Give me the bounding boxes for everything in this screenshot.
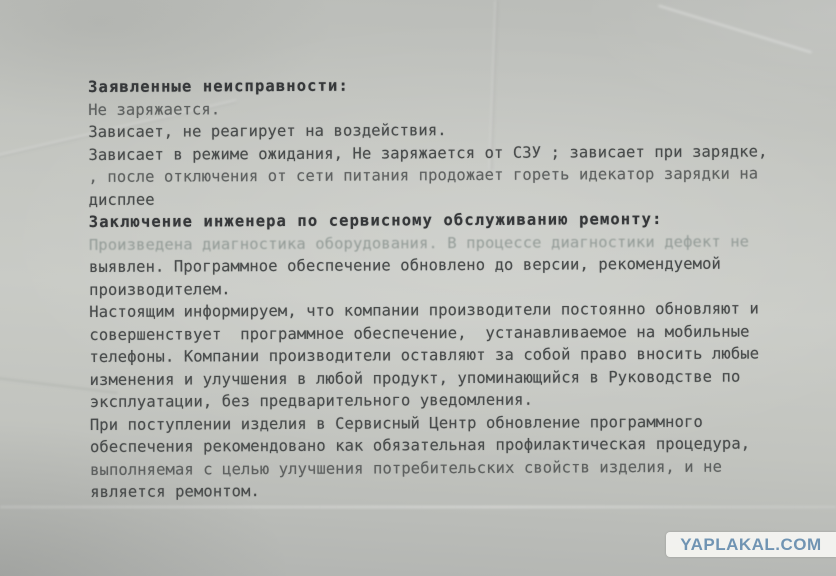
report-line: выполняемая с целью улучшения потребител… xyxy=(90,455,790,481)
report-line: является ремонтом. xyxy=(90,477,790,503)
service-report-text: Заявленные неисправности: Не заряжается.… xyxy=(88,72,790,503)
document-photo: Заявленные неисправности: Не заряжается.… xyxy=(0,0,836,576)
report-line: , после отключения от сети питания продо… xyxy=(88,162,788,188)
report-line: Не заряжается. xyxy=(88,95,788,121)
report-line: телефоны. Компании производители оставля… xyxy=(89,342,789,368)
report-line: Произведена диагностика оборудования. В … xyxy=(89,230,789,256)
report-line: выявлен. Программное обеспечение обновле… xyxy=(89,252,789,278)
watermark-badge: YAPLAKAL.COM xyxy=(666,532,836,557)
watermark-text: YAPLAKAL.COM xyxy=(680,535,821,555)
report-line: Настоящим информируем, что компании прои… xyxy=(89,297,789,323)
paper-crease xyxy=(658,5,812,54)
paper-crease xyxy=(0,506,836,508)
report-line: изменения и улучшения в любой продукт, у… xyxy=(90,365,790,391)
